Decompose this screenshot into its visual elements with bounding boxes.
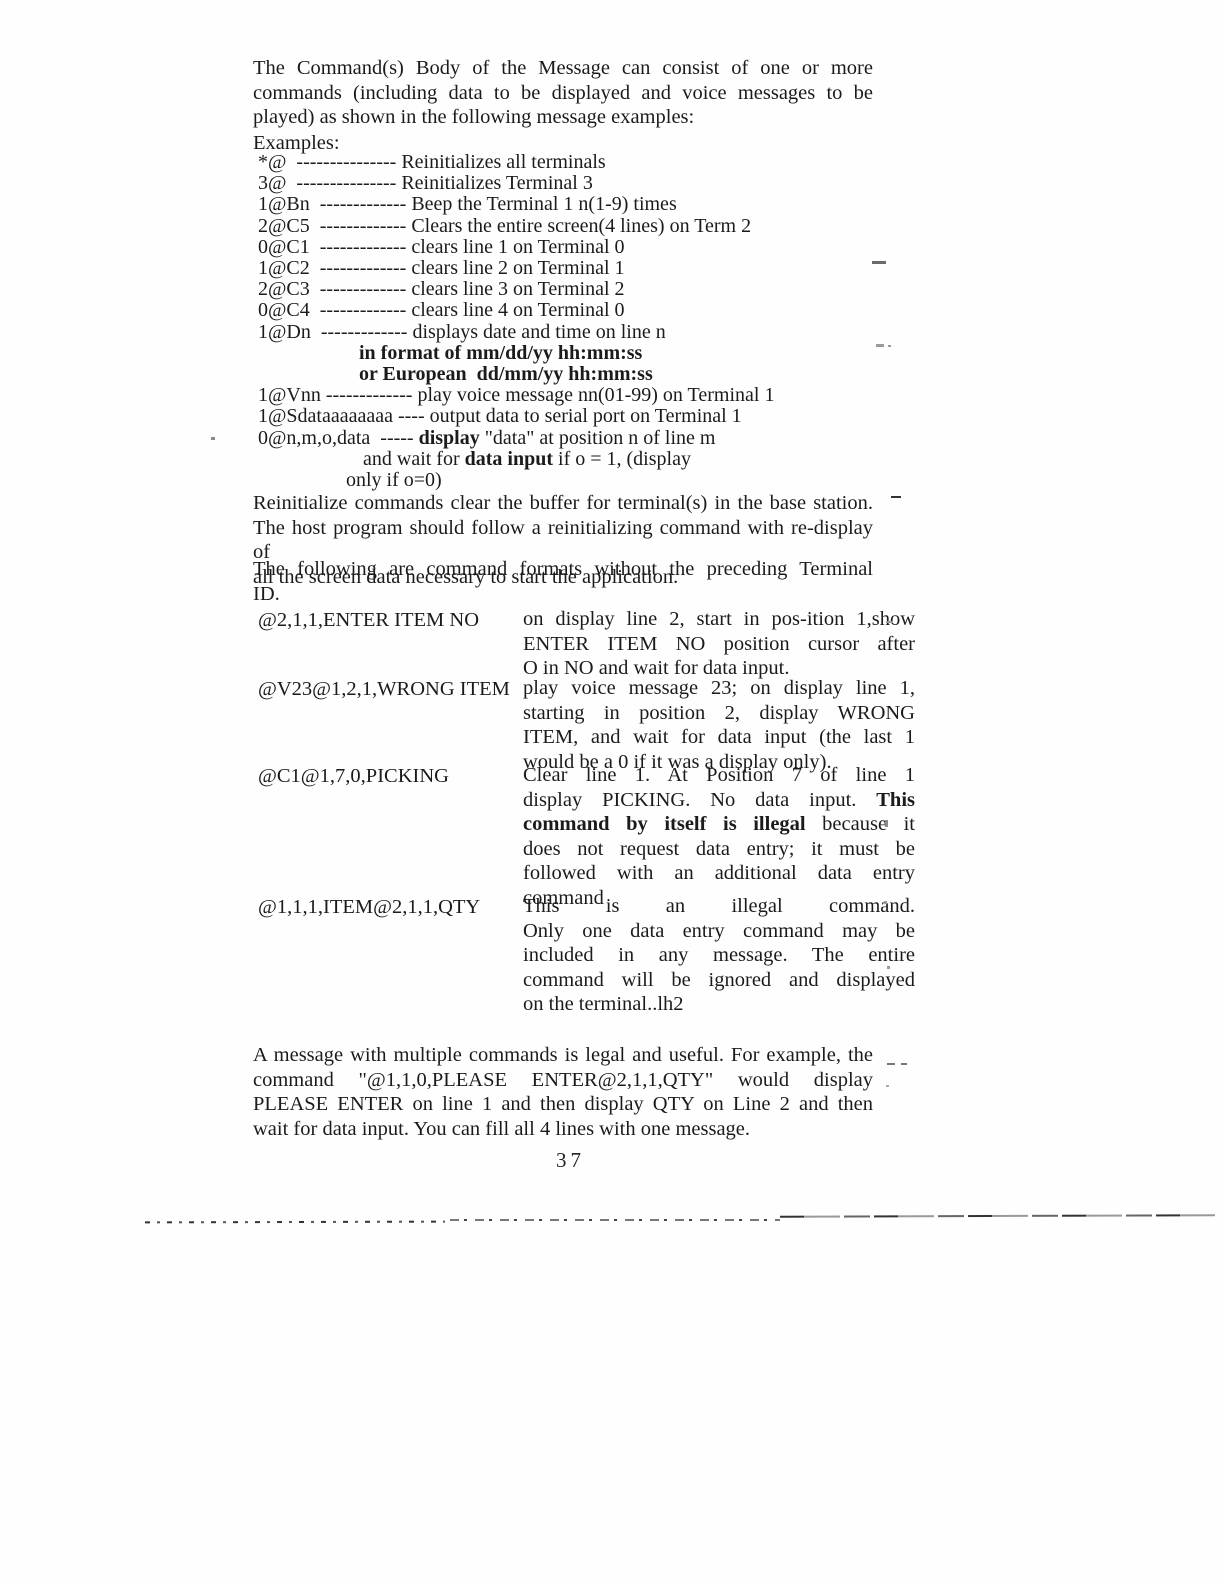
text-line: 1@C2 ------------- clears line 2 on Term… [253,258,873,279]
text-line: A message with multiple commands is lega… [253,1043,873,1068]
text-run: 0@C1 ------------- clears line 1 on Term… [253,236,625,258]
text-line: does not request data entry; it must be [523,837,915,862]
bold-text-run: command by itself is illegal [523,813,806,835]
scan-speck [211,437,215,440]
paragraph-multiple-commands: A message with multiple commands is lega… [253,1043,873,1141]
text-run: and wait for [363,448,465,470]
bold-text-run: display [419,427,480,449]
text-run: Clear line 1. At Position 7 of line 1 [523,764,915,786]
scan-speck [876,344,884,347]
text-line: played) as shown in the following messag… [253,105,873,130]
text-line: The following are command formats withou… [253,557,873,582]
text-run: "data" at position n of line m [480,427,716,449]
text-line: in format of mm/dd/yy hh:mm:ss [253,343,873,364]
text-run: *@ --------------- Reinitializes all ter… [253,151,606,173]
command-description: play voice message 23; on display line 1… [523,676,915,774]
text-run: Reinitialize commands clear the buffer f… [253,492,873,514]
examples-list: *@ --------------- Reinitializes all ter… [253,152,873,491]
paragraph-intro: The Command(s) Body of the Message can c… [253,56,873,130]
text-run: The Command(s) Body of the Message can c… [253,57,873,79]
command-term: @V23@1,2,1,WRONG ITEM [258,677,510,702]
text-line: only if o=0) [253,470,873,491]
text-run: Only one data entry command may be [523,920,915,942]
text-run: on display line 2, start in pos-ition 1,… [523,608,915,630]
page-number: 37 [556,1148,585,1173]
text-run: only if o=0) [346,469,442,491]
text-line: 1@Vnn ------------- play voice message n… [253,385,873,406]
text-run: wait for data input. You can fill all 4 … [253,1118,750,1140]
text-line: 0@C4 ------------- clears line 4 on Term… [253,300,873,321]
scan-speck [884,901,887,904]
text-line: starting in position 2, display WRONG [523,701,915,726]
text-run: ENTER ITEM NO position cursor after [523,633,915,655]
scan-speck [886,1085,889,1087]
text-line: The Command(s) Body of the Message can c… [253,56,873,81]
text-line: Reinitialize commands clear the buffer f… [253,491,873,516]
text-line: 2@C3 ------------- clears line 3 on Term… [253,279,873,300]
text-line: command by itself is illegal because it [523,812,915,837]
text-run: 0@n,m,o,data ----- [253,427,419,449]
text-run: because it [806,813,915,835]
text-run: PLEASE ENTER on line 1 and then display … [253,1093,873,1115]
command-description: Clear line 1. At Position 7 of line 1dis… [523,763,915,911]
text-run: 0@C4 ------------- clears line 4 on Term… [253,299,625,321]
text-line: on display line 2, start in pos-ition 1,… [523,607,915,632]
text-line: ENTER ITEM NO position cursor after [523,632,915,657]
text-line: 1@Dn ------------- displays date and tim… [253,322,873,343]
text-run: command will be ignored and displayed [523,969,915,991]
text-run: play voice message 23; on display line 1… [523,677,915,699]
bold-text-run: or European dd/mm/yy hh:mm:ss [359,363,653,385]
text-line: 3@ --------------- Reinitializes Termina… [253,173,873,194]
text-run: 1@C2 ------------- clears line 2 on Term… [253,257,625,279]
text-line: PLEASE ENTER on line 1 and then display … [253,1092,873,1117]
bold-text-run: data input [465,448,553,470]
text-run: included in any message. The entire [523,944,915,966]
text-line: ITEM, and wait for data input (the last … [523,725,915,750]
text-run: 2@C3 ------------- clears line 3 on Term… [253,278,625,300]
text-line: 1@Sdataaaaaaaa ---- output data to seria… [253,406,873,427]
text-line: and wait for data input if o = 1, (displ… [253,449,873,470]
scan-speck [886,621,893,623]
scanned-page: The Command(s) Body of the Message can c… [0,0,1224,1584]
text-line: command "@1,1,0,PLEASE ENTER@2,1,1,QTY" … [253,1068,873,1093]
text-line: Only one data entry command may be [523,919,915,944]
text-line: followed with an additional data entry [523,861,915,886]
bold-text-run: in format of mm/dd/yy hh:mm:ss [359,342,642,364]
command-description: This is an illegal command.Only one data… [523,894,915,1017]
paragraph-following: The following are command formats withou… [253,557,873,606]
text-line: on the terminal..lh2 [523,992,915,1017]
text-line: play voice message 23; on display line 1… [523,676,915,701]
text-run: command "@1,1,0,PLEASE ENTER@2,1,1,QTY" … [253,1069,873,1091]
bold-text-run: This [876,789,915,811]
text-run: does not request data entry; it must be [523,838,915,860]
scan-line-segment [450,1219,780,1221]
text-run: display PICKING. No data input. [523,789,876,811]
scan-line-segment [780,1214,1215,1218]
text-line: Clear line 1. At Position 7 of line 1 [523,763,915,788]
text-run: The following are command formats withou… [253,558,873,580]
command-term: @2,1,1,ENTER ITEM NO [258,608,479,633]
text-line: 0@n,m,o,data ----- display "data" at pos… [253,428,873,449]
text-run: starting in position 2, display WRONG [523,702,915,724]
command-term: @C1@1,7,0,PICKING [258,764,449,789]
text-run: 1@Dn ------------- displays date and tim… [253,321,666,343]
text-line: wait for data input. You can fill all 4 … [253,1117,873,1142]
text-run: ITEM, and wait for data input (the last … [523,726,915,748]
text-line: 1@Bn ------------- Beep the Terminal 1 n… [253,194,873,215]
command-description: on display line 2, start in pos-ition 1,… [523,607,915,681]
scan-speck [901,1063,907,1065]
scan-speck [887,966,890,969]
text-line: commands (including data to be displayed… [253,81,873,106]
text-line: This is an illegal command. [523,894,915,919]
text-run: 1@Vnn ------------- play voice message n… [253,384,774,406]
text-line: *@ --------------- Reinitializes all ter… [253,152,873,173]
text-run: followed with an additional data entry [523,862,915,884]
text-line: 0@C1 ------------- clears line 1 on Term… [253,237,873,258]
text-run: if o = 1, (display [553,448,691,470]
text-line: 2@C5 ------------- Clears the entire scr… [253,216,873,237]
text-line: display PICKING. No data input. This [523,788,915,813]
text-run: commands (including data to be displayed… [253,82,873,104]
text-run: ID. [253,583,280,605]
text-line: ID. [253,582,873,607]
text-run: played) as shown in the following messag… [253,106,694,128]
command-term: @1,1,1,ITEM@2,1,1,QTY [258,895,480,920]
text-run: 2@C5 ------------- Clears the entire scr… [253,215,751,237]
text-run: A message with multiple commands is lega… [253,1044,873,1066]
text-line: command will be ignored and displayed [523,968,915,993]
scan-speck [885,820,888,827]
text-line: included in any message. The entire [523,943,915,968]
text-run: 1@Bn ------------- Beep the Terminal 1 n… [253,193,677,215]
scan-speck [887,1063,895,1065]
text-run: on the terminal..lh2 [523,993,684,1015]
scan-line-segment [145,1221,445,1224]
scan-speck [891,496,901,498]
scan-speck [888,345,891,347]
text-line: or European dd/mm/yy hh:mm:ss [253,364,873,385]
text-run: This is an illegal command. [523,895,915,917]
text-run: 3@ --------------- Reinitializes Termina… [253,172,593,194]
scan-speck [872,261,886,264]
text-run: 1@Sdataaaaaaaa ---- output data to seria… [253,405,742,427]
